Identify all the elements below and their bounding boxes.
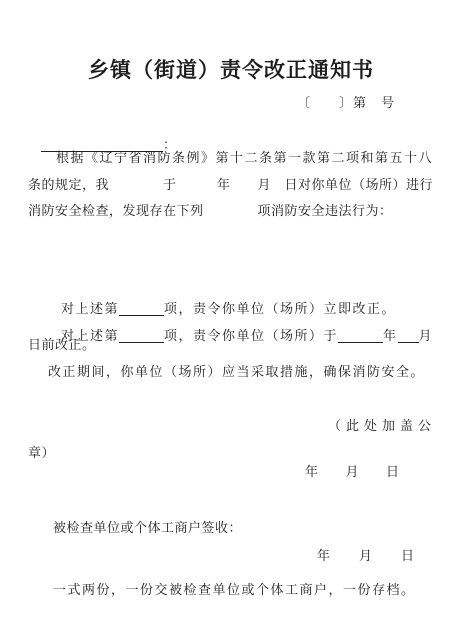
order-deadline-year-label: 年 bbox=[383, 328, 398, 343]
document-title: 乡镇（街道）责令改正通知书 bbox=[0, 54, 462, 84]
order-deadline-mid: 项，责令你单位（场所）于 bbox=[164, 328, 338, 343]
seal-note-line-1: （此处加盖公 bbox=[328, 417, 436, 435]
para-legal-basis-line-2: 条的规定，我 于 年 月 日对你单位（场所）进行 bbox=[28, 176, 433, 194]
order-deadline-tail: 日前改正。 bbox=[28, 336, 96, 354]
deadline-item-blank-field[interactable] bbox=[119, 329, 164, 343]
order-deadline-line: 对上述第项，责令你单位（场所）于年月 bbox=[48, 309, 433, 363]
order-deadline-month-label: 月 bbox=[419, 328, 434, 343]
order-during-line: 改正期间，你单位（场所）应当采取措施，确保消防安全。 bbox=[48, 363, 425, 381]
para-legal-basis-line-1: 根据《辽宁省消防条例》第十二条第一款第二项和第五十八 bbox=[56, 149, 433, 167]
receipt-date-line: 年 月 日 bbox=[317, 547, 415, 565]
para-legal-basis-line-3: 消防安全检查，发现存在下列 项消防安全违法行为： bbox=[28, 202, 393, 220]
seal-note-line-2: 章） bbox=[28, 444, 55, 462]
deadline-year-blank-field[interactable] bbox=[338, 329, 383, 343]
copies-note-line: 一式两份，一份交被检查单位或个体工商户，一份存档。 bbox=[53, 581, 416, 599]
document-page: 乡镇（街道）责令改正通知书 〔 〕第 号 ： 根据《辽宁省消防条例》第十二条第一… bbox=[0, 0, 462, 635]
issue-date-line: 年 月 日 bbox=[305, 463, 400, 481]
receipt-signature-line: 被检查单位或个体工商户签收： bbox=[53, 519, 242, 537]
doc-number: 〔 〕第 号 bbox=[297, 94, 395, 112]
deadline-month-blank-field[interactable] bbox=[398, 329, 419, 343]
